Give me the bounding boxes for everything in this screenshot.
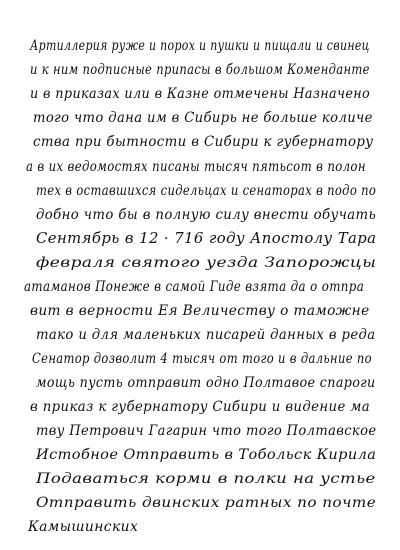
manuscript-line-5: ства при бытности в Сибири к губернатору <box>33 134 373 150</box>
manuscript-line-13: тако и для маленьких писарей данных в ре… <box>36 327 376 343</box>
manuscript-line-18: Истобное Отправить в Тобольск Кирила <box>36 447 376 463</box>
manuscript-line-7: тех в оставшихся сидельцах и сенаторах в… <box>36 183 376 199</box>
manuscript-line-8: добно что бы в полную силу внести обучат… <box>36 207 376 223</box>
manuscript-line-12: вит в верности Ея Величеству о таможне <box>30 303 370 319</box>
manuscript-line-11: атаманов Понеже в самой Гиде взята да о … <box>24 279 364 295</box>
manuscript-line-14: Сенатор дозволит 4 тысяч от того и в дал… <box>32 351 372 367</box>
manuscript-line-1: Артиллерия руже и порох и пушки и пищали… <box>30 38 370 54</box>
manuscript-line-21-signature: Камышинских <box>28 519 138 535</box>
manuscript-line-20: Отправить двинских ратных по почте <box>36 495 376 511</box>
manuscript-line-3: и в приказах или в Казне отмечены Назнач… <box>30 86 370 102</box>
manuscript-line-2: и к ним подписные припасы в большом Коме… <box>30 62 370 78</box>
manuscript-line-9-date: Сентябрь в 12 · 716 году Апостолу Тара <box>36 231 376 247</box>
manuscript-line-10: февраля святого уезда Запорожцы <box>36 255 376 271</box>
manuscript-page: Артиллерия руже и порох и пушки и пищали… <box>0 0 400 550</box>
manuscript-line-15: мощь пусть отправит одно Полтавое спарог… <box>36 375 376 391</box>
manuscript-line-16: в приказ к губернатору Сибири и видение … <box>30 399 370 415</box>
manuscript-line-6: а в их ведомостях писаны тысяч пятьсот в… <box>26 159 366 175</box>
manuscript-line-4: того что дана им в Сибирь не больше коли… <box>33 110 373 126</box>
manuscript-line-17: тву Петрович Гагарин что того Полтавское <box>36 423 376 439</box>
manuscript-line-19: Подаваться корми в полки на устье <box>36 471 376 487</box>
